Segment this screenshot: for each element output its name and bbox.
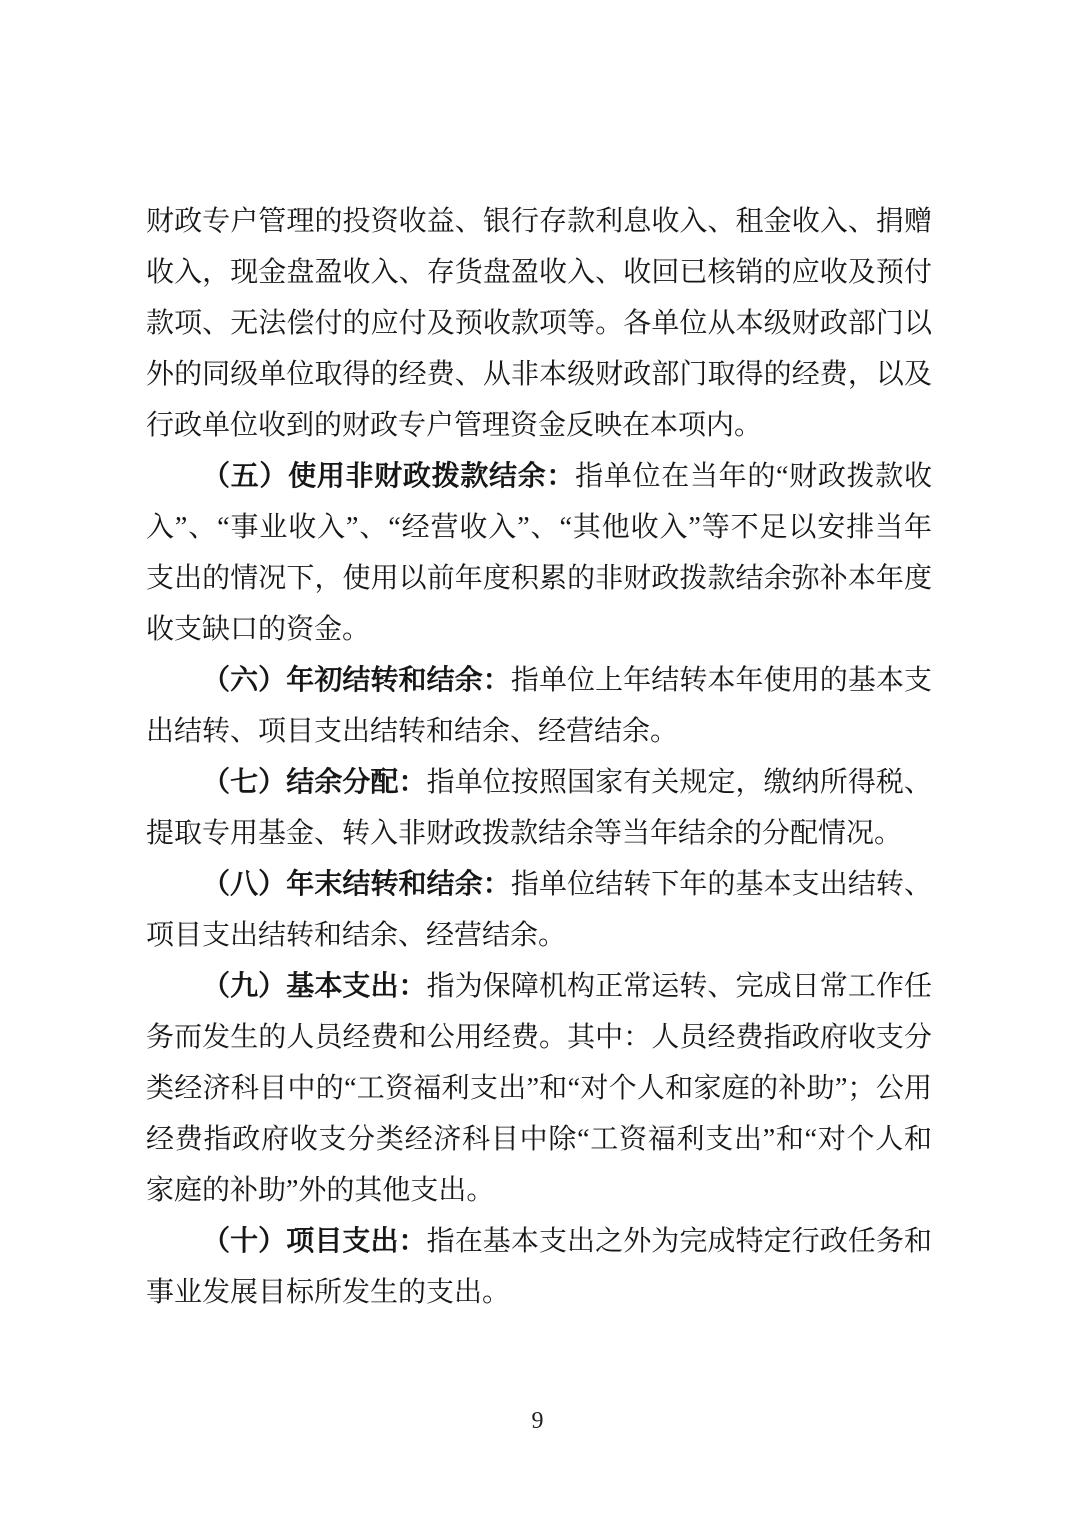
paragraph-heading: （五）使用非财政拨款结余： [202,461,575,492]
paragraph-section-7: （七）结余分配：指单位按照国家有关规定，缴纳所得税、提取专用基金、转入非财政拨款… [146,757,932,859]
paragraph-heading: （七）结余分配： [202,767,427,798]
paragraph-section-10: （十）项目支出：指在基本支出之外为完成特定行政任务和事业发展目标所发生的支出。 [146,1216,932,1318]
paragraph-heading: （六）年初结转和结余： [202,665,511,696]
paragraph-continuation: 财政专户管理的投资收益、银行存款利息收入、租金收入、捐赠收入，现金盘盈收入、存货… [146,196,932,451]
document-page: 财政专户管理的投资收益、银行存款利息收入、租金收入、捐赠收入，现金盘盈收入、存货… [0,0,1075,1520]
paragraph-section-8: （八）年末结转和结余：指单位结转下年的基本支出结转、项目支出结转和结余、经营结余… [146,859,932,961]
paragraph-section-5: （五）使用非财政拨款结余：指单位在当年的“财政拨款收入”、“事业收入”、“经营收… [146,451,932,655]
paragraph-heading: （九）基本支出： [202,971,427,1002]
page-number: 9 [0,1406,1075,1436]
paragraph-heading: （十）项目支出： [202,1226,427,1257]
paragraph-text: 财政专户管理的投资收益、银行存款利息收入、租金收入、捐赠收入，现金盘盈收入、存货… [146,206,932,441]
paragraph-text: 指为保障机构正常运转、完成日常工作任务而发生的人员经费和公用经费。其中：人员经费… [146,971,932,1206]
paragraph-section-9: （九）基本支出：指为保障机构正常运转、完成日常工作任务而发生的人员经费和公用经费… [146,961,932,1216]
paragraph-section-6: （六）年初结转和结余：指单位上年结转本年使用的基本支出结转、项目支出结转和结余、… [146,655,932,757]
paragraph-heading: （八）年末结转和结余： [202,869,511,900]
text-content: 财政专户管理的投资收益、银行存款利息收入、租金收入、捐赠收入，现金盘盈收入、存货… [146,196,932,1318]
